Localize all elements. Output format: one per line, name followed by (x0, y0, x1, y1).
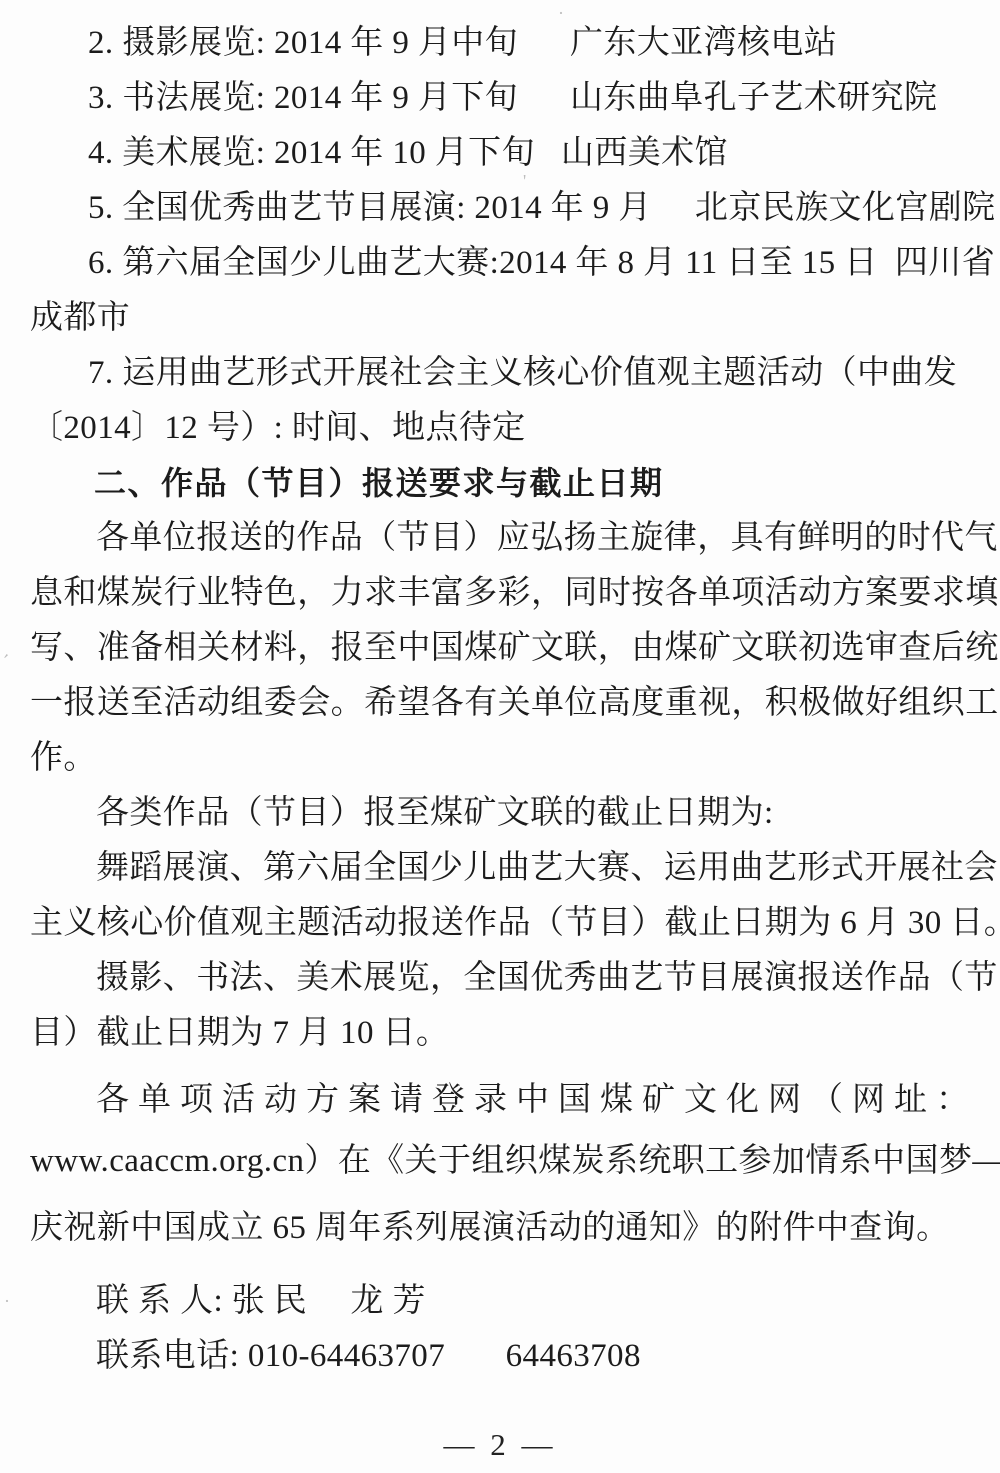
contact-person-line: 联 系 人: 张 民 龙 芳 (30, 1274, 970, 1329)
paragraph-website-line-2-url: www.caaccm.org.cn）在《关于组织煤炭系统职工参加情系中国梦—— (30, 1128, 970, 1195)
paragraph-deadline-july-line-2: 目）截止日期为 7 月 10 日。 (30, 1006, 970, 1061)
schedule-item-5-quyi-showcase: 5. 全国优秀曲艺节目展演: 2014 年 9 月 北京民族文化宫剧院 (30, 181, 970, 236)
contact-phone-line: 联系电话: 010-64463707 64463708 (30, 1329, 970, 1384)
paragraph-requirements-line-5: 作。 (30, 731, 970, 786)
schedule-item-7-continuation: 〔2014〕12 号）: 时间、地点待定 (30, 401, 970, 456)
paragraph-website-line-1: 各单项活动方案请登录中国煤矿文化网（网址： (30, 1073, 970, 1128)
section-heading-submission-requirements: 二、作品（节目）报送要求与截止日期 (30, 456, 970, 511)
paragraph-deadline-june-line-2: 主义核心价值观主题活动报送作品（节目）截止日期为 6 月 30 日。 (30, 896, 970, 951)
scan-artifact-edge-mark-1: ' (0, 651, 11, 667)
scan-artifact-edge-mark-2: · (4, 1292, 10, 1310)
paragraph-requirements-line-3: 写、准备相关材料，报至中国煤矿文联，由煤矿文联初选审查后统 (30, 621, 970, 676)
paragraph-website-line-3: 庆祝新中国成立 65 周年系列展演活动的通知》的附件中查询。 (30, 1195, 970, 1262)
schedule-item-4-fine-art: 4. 美术展览: 2014 年 10 月下旬 山西美术馆 (30, 126, 970, 181)
page-number: — 2 — (0, 1427, 1000, 1463)
paragraph-deadline-intro: 各类作品（节目）报至煤矿文联的截止日期为: (30, 786, 970, 841)
paragraph-requirements-line-2: 息和煤炭行业特色，力求丰富多彩，同时按各单项活动方案要求填 (30, 566, 970, 621)
paragraph-deadline-june-line-1: 舞蹈展演、第六届全国少儿曲艺大赛、运用曲艺形式开展社会 (30, 841, 970, 896)
schedule-item-6-children-quyi-contest: 6. 第六届全国少儿曲艺大赛:2014 年 8 月 11 日至 15 日 四川省 (30, 236, 970, 291)
paragraph-requirements-line-4: 一报送至活动组委会。希望各有关单位高度重视，积极做好组织工 (30, 676, 970, 731)
document-body: 2. 摄影展览: 2014 年 9 月中旬 广东大亚湾核电站 3. 书法展览: … (30, 16, 970, 1384)
paragraph-requirements-line-1: 各单位报送的作品（节目）应弘扬主旋律，具有鲜明的时代气 (30, 511, 970, 566)
schedule-item-6-continuation: 成都市 (30, 291, 970, 346)
schedule-item-3-calligraphy: 3. 书法展览: 2014 年 9 月下旬 山东曲阜孔子艺术研究院 (30, 71, 970, 126)
schedule-item-7-core-values-activity: 7. 运用曲艺形式开展社会主义核心价值观主题活动（中曲发 (30, 346, 970, 401)
paragraph-deadline-july-line-1: 摄影、书法、美术展览，全国优秀曲艺节目展演报送作品（节 (30, 951, 970, 1006)
contact-block: 联 系 人: 张 民 龙 芳 联系电话: 010-64463707 644637… (30, 1274, 970, 1384)
scanned-document-page: 2. 摄影展览: 2014 年 9 月中旬 广东大亚湾核电站 3. 书法展览: … (0, 0, 1000, 1473)
schedule-item-2-photography: 2. 摄影展览: 2014 年 9 月中旬 广东大亚湾核电站 (30, 16, 970, 71)
